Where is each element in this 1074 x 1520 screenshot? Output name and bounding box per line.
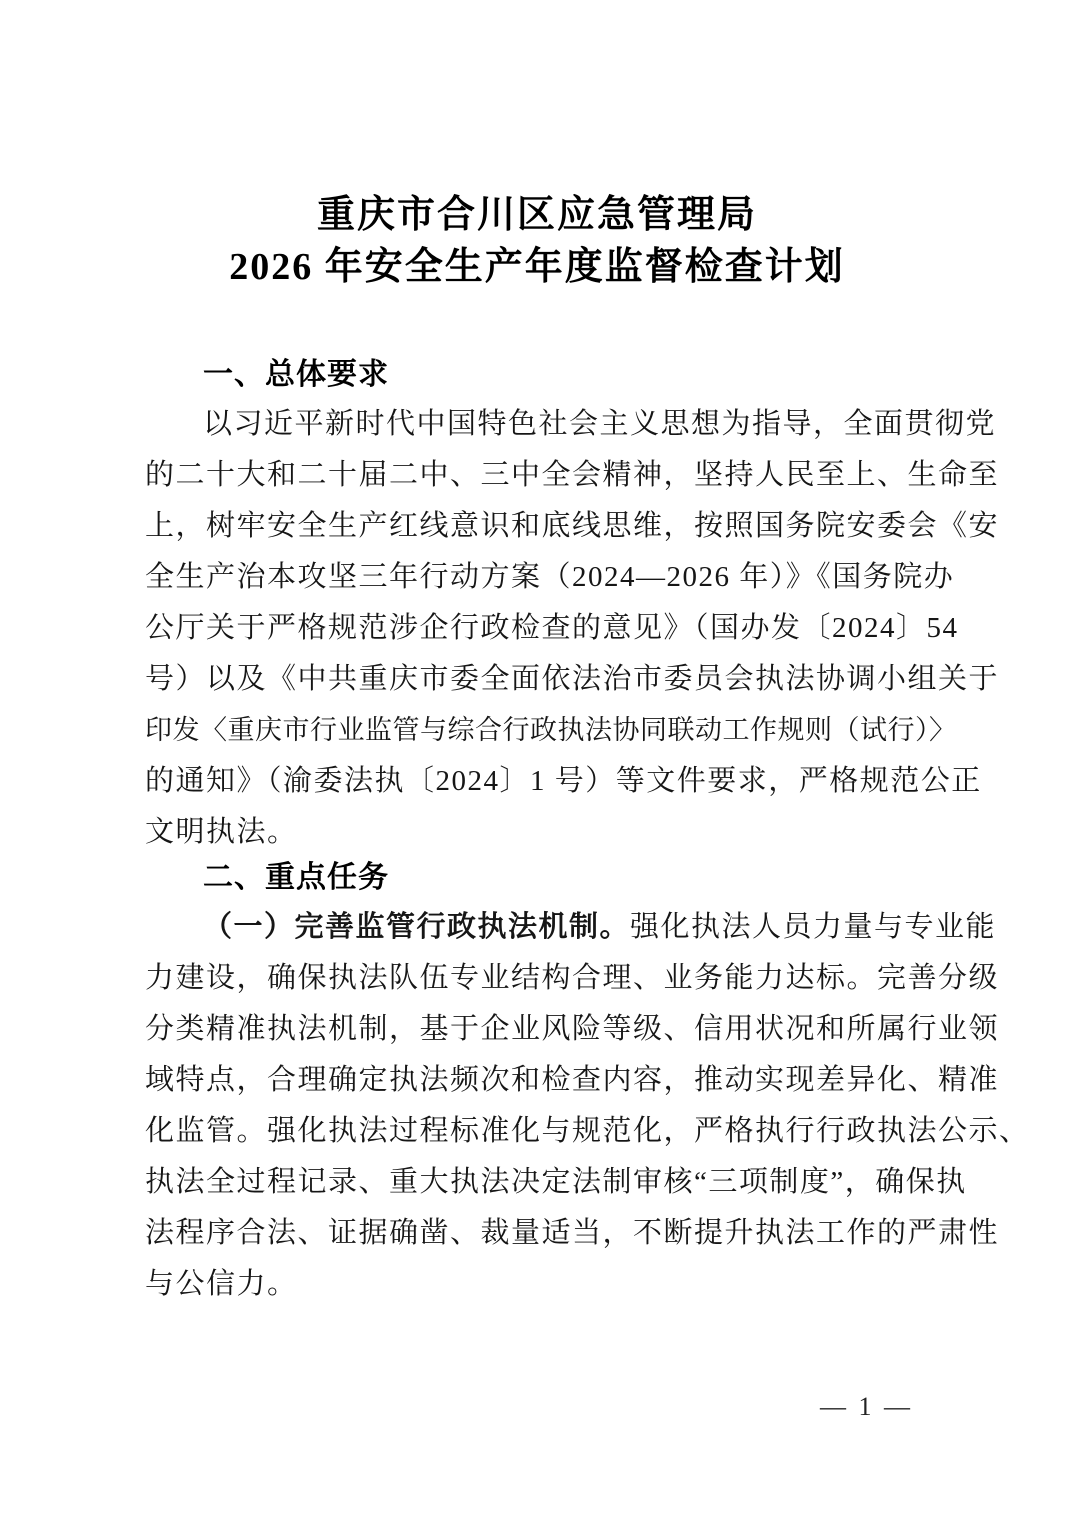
text-line: 全生产治本攻坚三年行动方案（2024—2026 年）》《国务院办	[145, 552, 1015, 603]
document-page: 重庆市合川区应急管理局 2026 年安全生产年度监督检查计划 一、总体要求 以习…	[0, 0, 1074, 1520]
title-line-2: 2026 年安全生产年度监督检查计划	[0, 241, 1074, 293]
subsection-title: （一）完善监管行政执法机制。	[203, 911, 630, 943]
text-line: 文明执法。	[145, 807, 1015, 858]
text-line: 法程序合法、证据确凿、裁量适当，不断提升执法工作的严肃性	[145, 1208, 1015, 1259]
text-line: 的二十大和二十届二中、三中全会精神，坚持人民至上、生命至	[145, 450, 1015, 501]
title-line-1: 重庆市合川区应急管理局	[0, 189, 1074, 241]
lead-rest-text: 强化执法人员力量与专业能	[630, 911, 996, 943]
paragraph-key-tasks: （一）完善监管行政执法机制。强化执法人员力量与专业能 力建设，确保执法队伍专业结…	[145, 902, 1015, 1310]
text-line: 印发〈重庆市行业监管与综合行政执法协同联动工作规则（试行）〉	[145, 705, 1015, 756]
text-line: 公厅关于严格规范涉企行政检查的意见》（国办发〔2024〕54	[145, 603, 1015, 654]
document-title: 重庆市合川区应急管理局 2026 年安全生产年度监督检查计划	[0, 189, 1074, 293]
paragraph-key-tasks-lines: 力建设，确保执法队伍专业结构合理、业务能力达标。完善分级分类精准执法机制，基于企…	[145, 953, 1015, 1310]
text-line: 化监管。强化执法过程标准化与规范化，严格执行行政执法公示、	[145, 1106, 1015, 1157]
text-line: 号）以及《中共重庆市委全面依法治市委员会执法协调小组关于	[145, 654, 1015, 705]
paragraph-overall-requirements: 以习近平新时代中国特色社会主义思想为指导，全面贯彻党的二十大和二十届二中、三中全…	[145, 399, 1015, 858]
text-line-lead: （一）完善监管行政执法机制。强化执法人员力量与专业能	[145, 902, 1015, 953]
text-line: 执法全过程记录、重大执法决定法制审核“三项制度”，确保执	[145, 1157, 1015, 1208]
text-line: 域特点，合理确定执法频次和检查内容，推动实现差异化、精准	[145, 1055, 1015, 1106]
text-line: 的通知》（渝委法执〔2024〕1 号）等文件要求，严格规范公正	[145, 756, 1015, 807]
section-heading-overall-requirements: 一、总体要求	[203, 357, 389, 393]
text-line: 分类精准执法机制，基于企业风险等级、信用状况和所属行业领	[145, 1004, 1015, 1055]
text-line: 与公信力。	[145, 1259, 1015, 1310]
text-line: 上，树牢安全生产红线意识和底线思维，按照国务院安委会《安	[145, 501, 1015, 552]
text-line: 以习近平新时代中国特色社会主义思想为指导，全面贯彻党	[145, 399, 1015, 450]
text-line: 力建设，确保执法队伍专业结构合理、业务能力达标。完善分级	[145, 953, 1015, 1004]
page-number: — 1 —	[820, 1392, 913, 1422]
section-heading-key-tasks: 二、重点任务	[203, 860, 389, 896]
